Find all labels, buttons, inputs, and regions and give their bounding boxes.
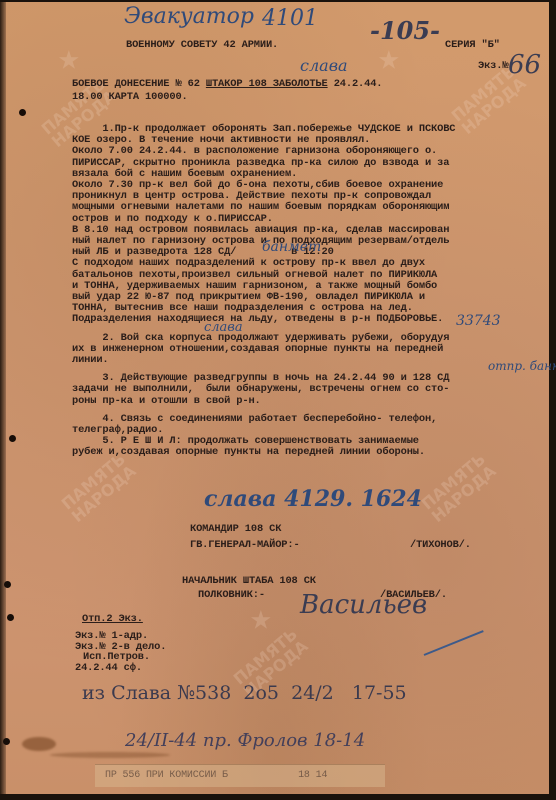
chief-rank: ПОЛКОВНИК:-	[198, 590, 265, 602]
handwritten-number: 4101	[262, 6, 318, 31]
report-title: БОЕВОЕ ДОНЕСЕНИЕ № 62 ШТАКОР 108 ЗАБОЛОТ…	[72, 79, 382, 91]
report-line: рубеж и,создавая опорные пункты на перед…	[72, 447, 425, 459]
handwritten-note-para3: отпр. банке	[488, 359, 556, 373]
punch-hole	[3, 738, 10, 745]
handwritten-dash-number: -105-	[370, 16, 440, 45]
copy-label: Экз.№	[478, 61, 508, 73]
addressee: ВОЕННОМУ СОВЕТУ 42 АРМИИ.	[126, 40, 278, 52]
punch-hole	[9, 435, 16, 442]
footer-date: 24.2.44 сф.	[75, 663, 142, 675]
stamp-text: ПР 556 ПРИ КОМИССИИ Б 18 14	[105, 770, 327, 782]
report-line: их в инженерном отношении,создавая опорн…	[72, 344, 443, 356]
stain	[22, 737, 56, 751]
handwritten-batalon-note: банмет	[262, 239, 321, 255]
watermark-star-icon: ★	[250, 602, 272, 638]
series-label: СЕРИЯ "Б"	[445, 40, 500, 52]
chief-title: НАЧАЛЬНИК ШТАБА 108 СК	[182, 576, 316, 588]
punch-hole	[19, 109, 26, 116]
handwritten-copy-number: 66	[508, 50, 541, 80]
handwritten-received-note: из Слава №538 2о5 24/2 17-55	[82, 682, 407, 704]
watermark: ПАМЯТЬ НАРОДА	[419, 451, 499, 525]
report-line: линии.	[72, 355, 109, 367]
report-line: Подразделения находящиеся на льду, отвед…	[72, 314, 443, 326]
chief-signature: Васильев	[300, 590, 427, 620]
stain	[50, 752, 170, 758]
paper-edge	[0, 2, 6, 794]
copies-count: Отп.2 Экз.	[82, 614, 143, 626]
watermark: ПАМЯТЬ НАРОДА	[59, 451, 139, 525]
document-page: ★ ПАМЯТЬ НАРОДА ★ ПАМЯТЬ НАРОДА ★ ПАМЯТЬ…	[0, 2, 549, 794]
punch-hole	[7, 614, 14, 621]
report-line: роны пр-ка и отошли в свой р-н.	[72, 396, 261, 408]
handwritten-evacuator: Эвакуатор	[124, 4, 254, 29]
watermark-star-icon: ★	[58, 42, 80, 78]
handwritten-slava-sign: слава 4129. 1624	[204, 486, 422, 512]
stamp-strip: ПР 556 ПРИ КОМИССИИ Б 18 14	[95, 764, 385, 787]
signature-stroke	[424, 630, 484, 656]
handwritten-slava-para2: слава	[204, 320, 243, 335]
commander-title: КОМАНДИР 108 СК	[190, 524, 281, 536]
commander-rank: ГВ.ГЕНЕРАЛ-МАЙОР:-	[190, 540, 300, 552]
watermark-star-icon: ★	[378, 42, 400, 78]
handwritten-transmitted-note: 24/II-44 пр. Фролов 18-14	[125, 730, 365, 751]
handwritten-slava-top: слава	[300, 56, 348, 75]
report-time-map: 18.00 КАРТА 100000.	[72, 92, 188, 104]
handwritten-number-para2: 33743	[456, 313, 501, 329]
commander-name: /ТИХОНОВ/.	[410, 540, 471, 552]
punch-hole	[4, 581, 11, 588]
